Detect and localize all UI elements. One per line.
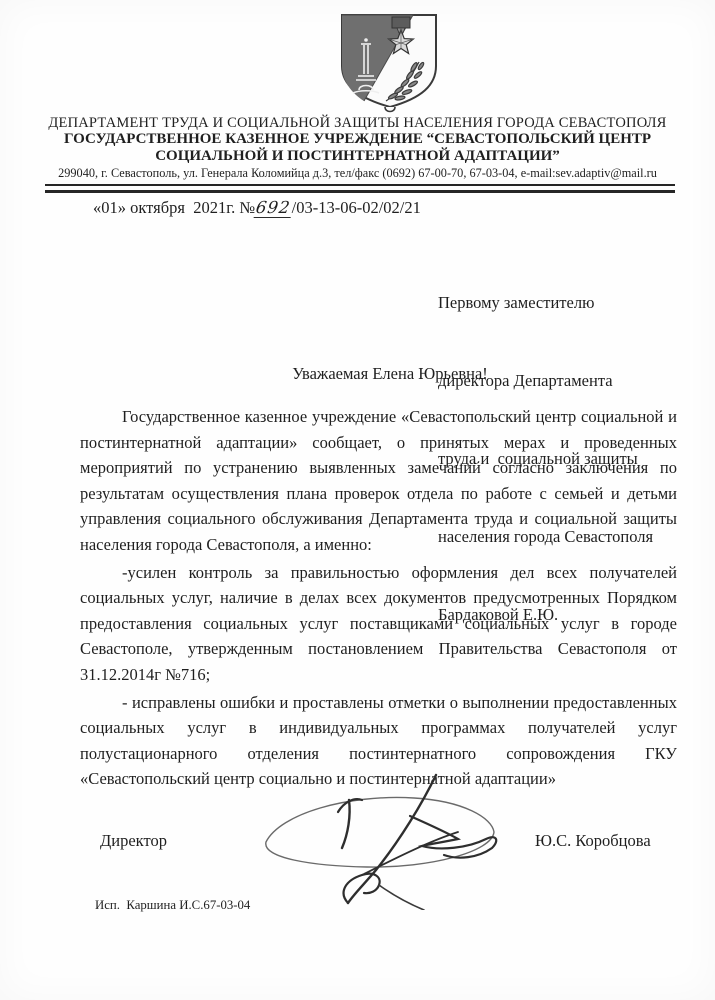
reference-suffix: /03-13-06-02/02/21: [292, 198, 421, 217]
director-signature-scribble: [252, 772, 508, 910]
reference-line: «01» октября 2021г. №692/03-13-06-02/02/…: [93, 198, 421, 218]
org-name-line2: СОЦИАЛЬНОЙ И ПОСТИНТЕРНАТНОЙ АДАПТАЦИИ”: [30, 148, 685, 165]
org-name: ГОСУДАРСТВЕННОЕ КАЗЕННОЕ УЧРЕЖДЕНИЕ “СЕВ…: [30, 131, 685, 165]
body-paragraph-1: Государственное казенное учреждение «Сев…: [80, 404, 677, 558]
signatory-position-label: Директор: [100, 831, 167, 851]
org-department-line: ДЕПАРТАМЕНТ ТРУДА И СОЦИАЛЬНОЙ ЗАЩИТЫ НА…: [30, 115, 685, 132]
salutation: Уважаемая Елена Юрьевна!: [80, 364, 700, 384]
signatory-name: Ю.С. Коробцова: [535, 831, 665, 851]
letterhead-divider: [45, 184, 675, 193]
letter-body: Государственное казенное учреждение «Сев…: [80, 404, 677, 794]
org-address-line: 299040, г. Севастополь, ул. Генерала Кол…: [30, 166, 685, 181]
scanned-letter-page: ДЕПАРТАМЕНТ ТРУДА И СОЦИАЛЬНОЙ ЗАЩИТЫ НА…: [0, 0, 715, 1000]
executor-note: Исп. Каршина И.С.67-03-04: [95, 898, 250, 913]
sevastopol-coat-of-arms-icon: [333, 8, 445, 116]
body-paragraph-2: -усилен контроль за правильностью оформл…: [80, 560, 677, 688]
reference-prefix: «01» октября 2021г. №: [93, 198, 255, 217]
org-name-line1: ГОСУДАРСТВЕННОЕ КАЗЕННОЕ УЧРЕЖДЕНИЕ “СЕВ…: [30, 131, 685, 148]
recipient-line: Первому заместителю: [438, 290, 688, 316]
reference-number-handwritten: 692: [254, 198, 293, 218]
